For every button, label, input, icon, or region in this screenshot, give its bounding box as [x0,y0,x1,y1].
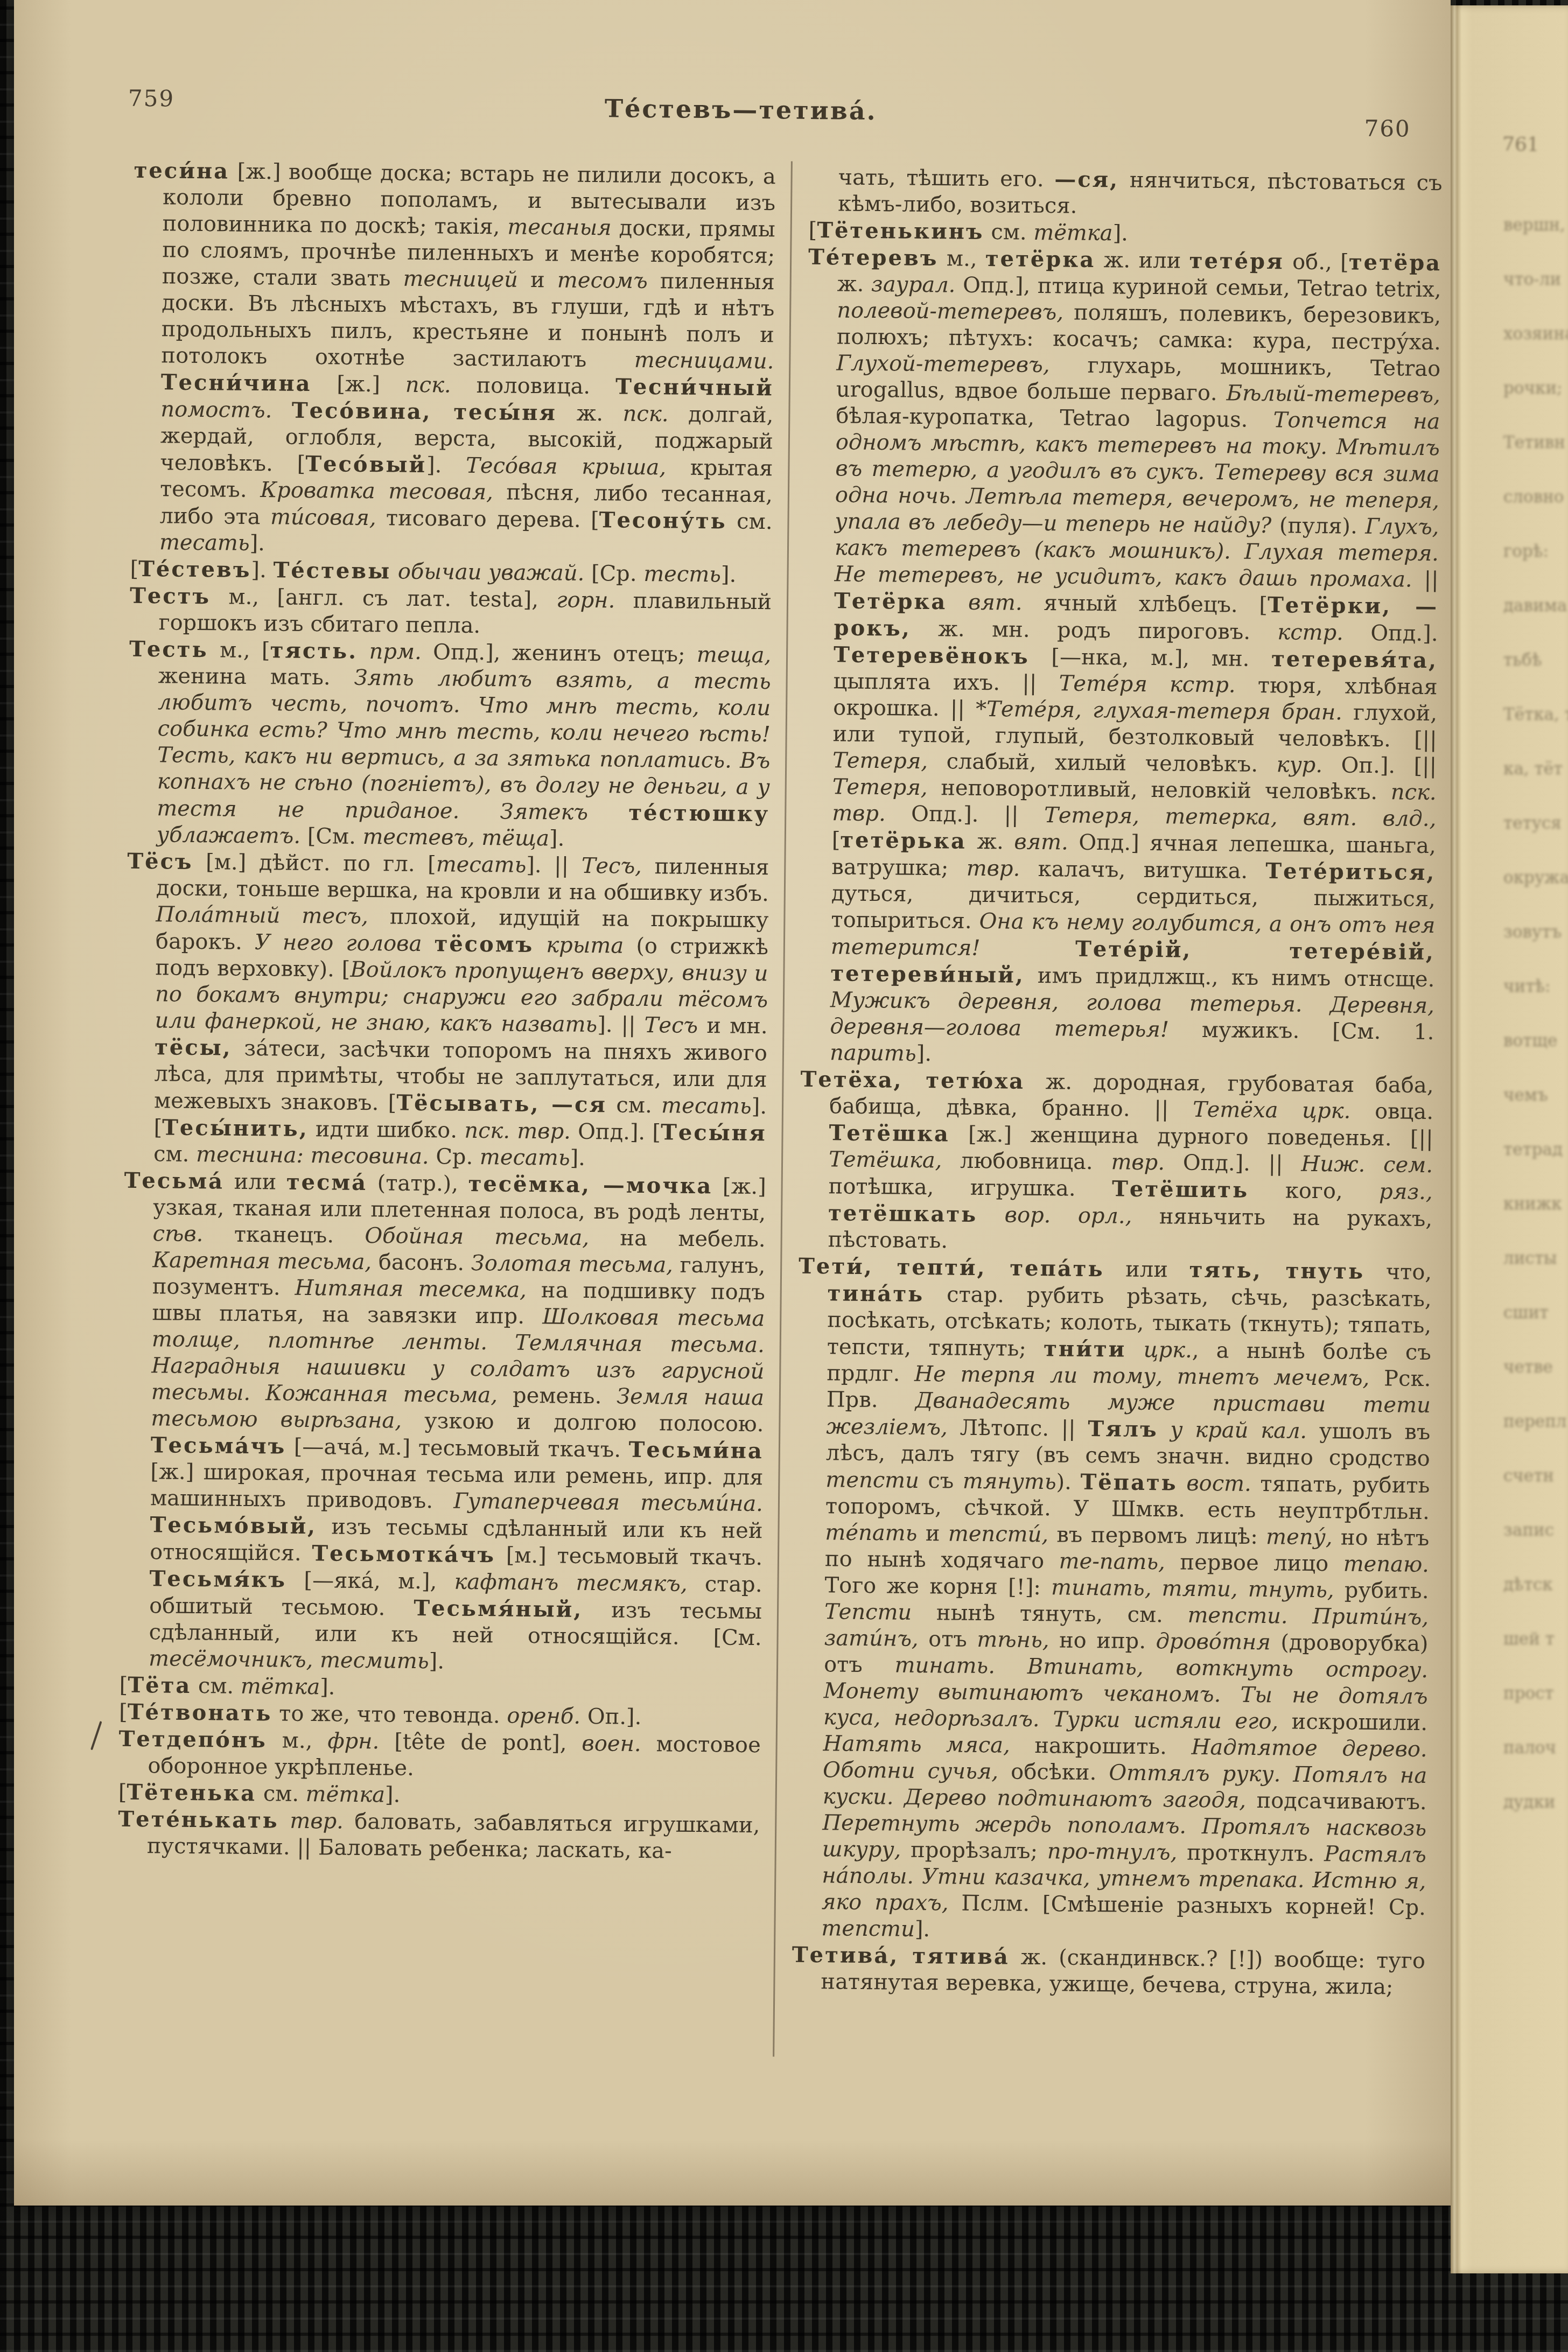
text-segment: въ первомъ лицѣ: [1048,1522,1266,1549]
text-segment: Тетёшка [829,1120,950,1146]
text-segment: ]. [429,1649,444,1674]
text-segment: ). [1056,1469,1080,1494]
text-segment: см. [191,1674,241,1699]
blurred-text-fragment: словно [1503,470,1568,524]
text-segment: Глухой-тетеревъ, [836,351,1050,377]
text-segment: кал. [1261,1418,1307,1444]
text-segment: рубить. [1334,1578,1429,1604]
text-segment: Не терпя ли тому, тнетъ мечемъ, [914,1362,1370,1391]
text-segment: тёсы, [155,1034,232,1060]
text-segment: те́пать [825,1520,917,1546]
text-segment: [tête de pont], [379,1729,582,1756]
text-segment: но ипр. [1049,1628,1156,1654]
text-segment: парить [830,1040,916,1066]
text-segment: тетёрка [985,246,1096,272]
text-segment: слабый, хилый человѣкъ. [928,749,1277,777]
text-segment [980,936,1075,962]
blurred-text-fragment: сшит [1503,1286,1568,1340]
text-segment: [ [808,218,817,243]
text-segment: тётка [306,1782,386,1807]
text-segment: тётка [241,1674,320,1699]
text-segment: тепсти [825,1467,919,1493]
text-segment: ]. [915,1917,930,1942]
text-segment: тесёмка, —мочка [468,1171,712,1199]
next-page-number: 761 [1502,133,1539,156]
text-segment: Тетёшка, [829,1147,942,1173]
blurred-text-fragment: что-ли [1503,253,1568,307]
text-segment: Тете́ря, глухая-тетеря [986,697,1271,724]
text-segment: [ж.] [311,372,405,397]
text-segment: тепу́, [1266,1524,1333,1550]
text-segment: кафтанъ тесмякъ, [454,1570,687,1597]
text-segment: м., [938,246,985,271]
text-segment: овца. [1350,1099,1433,1124]
text-segment: обсѣки. [998,1759,1109,1785]
text-segment: Опд.]. [ [571,1119,661,1145]
text-segment: тепсти́, [948,1521,1049,1547]
text-segment: крыта [534,933,624,958]
blurred-text-fragment: прост [1503,1667,1568,1721]
text-segment: твр. [967,856,1020,881]
text-segment: Тесьмя́къ [149,1566,286,1592]
text-segment: ]. [320,1675,335,1699]
blurred-text-fragment: горѣ: [1503,524,1568,579]
text-segment [1126,1338,1144,1362]
text-segment: Опд.]. || [886,801,1045,828]
text-segment: имъ придлжщ., къ нимъ отнсще. [1025,963,1435,992]
text-segment: см. [607,1093,662,1118]
text-segment: вост. [1186,1471,1251,1496]
text-segment: Тетеревёнокъ [834,642,1030,669]
text-segment: любовница. [942,1148,1111,1174]
text-segment: Оп.]. [580,1704,642,1730]
text-segment [1248,1418,1261,1443]
text-segment: Натять мяса, [823,1731,1010,1758]
text-segment: Тете́нькать [118,1807,279,1833]
text-segment: фрн. [327,1728,379,1754]
text-segment: Тесы́ня [661,1119,767,1146]
text-segment: вор. орл., [1005,1202,1132,1228]
text-segment: Тетдепо́нъ [119,1726,267,1753]
text-segment: Тёсывать, —ся [396,1090,607,1118]
text-segment: ряз., [1379,1179,1433,1205]
text-segment: чать, тѣшить его. [838,165,1054,192]
text-segment: тетёрька [840,827,967,853]
text-segment: м., [ [208,638,270,663]
text-segment: тесаныя [507,215,612,241]
blurred-text-fragment: чемъ [1503,1068,1568,1123]
text-segment: [ж.] женщина дурного поведенья. [|| [950,1122,1433,1151]
text-segment: Те́стевы [273,557,391,584]
text-segment: тина́ть [828,1280,925,1307]
text-segment: тинать, тяти, тнуть, [1051,1575,1334,1602]
text-segment: искрошили. [1278,1709,1427,1735]
dictionary-entry: Тестъ м., [англ. съ лат. testa], горн. п… [129,583,772,642]
scanned-book-photo: { "page": { "left_number": "759", "right… [0,0,1568,2352]
text-segment: обычаи уважай. [391,559,585,585]
text-segment: Тётенькинъ [817,218,984,244]
text-segment [1277,805,1303,830]
text-segment: вят. [1014,830,1068,855]
dictionary-entry: Тетдепо́нъ м., фрн. [tête de pont], воен… [118,1726,761,1785]
text-segment: кого, [1249,1178,1380,1204]
text-segment: [ [118,1780,127,1805]
text-segment: Тесни́чина [161,369,312,396]
text-segment [279,1809,290,1833]
text-segment: воен. [582,1731,641,1756]
text-segment: (татр.), [367,1171,468,1196]
text-segment: Кроватка тесовая, [260,478,493,505]
page-number-right: 760 [1364,115,1411,142]
text-segment: вят. [968,590,1023,615]
text-segment: Тесо́вая крыша, [466,453,666,480]
text-segment: сѣв. [153,1221,204,1247]
blurred-text-fragment: хозяина, [1503,307,1568,361]
text-segment: ]. || [526,853,582,878]
edge-text-fragments: вершн,что-лихозяина,рочки;Тетивнсловного… [1503,198,1568,1830]
text-segment: ]. [251,558,273,583]
text-segment: Тете́риться, [1265,858,1436,885]
text-segment: [м.] тесьмовый ткачъ. [495,1543,762,1570]
text-segment: [См. [300,824,363,849]
text-segment: Тетёшить [1112,1176,1249,1202]
text-segment [947,590,968,614]
text-segment: ти́совая, [270,505,376,530]
text-segment: тепсти [821,1916,915,1942]
text-segment: тетёшкать [828,1200,978,1227]
text-segment: [ [832,828,841,852]
text-segment: Пола́тный тесъ, [156,902,368,929]
text-segment: Тесону́ть [599,507,727,534]
text-segment: Бѣлый-тетеревъ, [1226,381,1440,408]
text-segment: Тесъ, [582,853,642,879]
text-segment: см. [727,509,773,534]
dictionary-entry: Тесть м., [тясть. прм. Опд.], женинъ оте… [128,636,772,854]
text-segment: Тесьма́ [124,1168,224,1194]
text-segment: ]. [385,1782,401,1807]
text-segment: см. [153,1142,196,1167]
text-segment: тянуть [963,1469,1056,1495]
text-segment: Ср. [429,1144,480,1170]
text-segment: пск. твр. [464,1118,571,1144]
text-segment: тни́ти [1044,1336,1126,1362]
text-segment: пск. [622,402,668,427]
text-segment: идти шибко. [308,1117,464,1143]
blurred-text-fragment: ка, тёт [1503,742,1568,796]
column-divider-rule [773,162,793,2057]
text-segment: Тёсъ [127,849,193,874]
text-segment: [ [119,1700,128,1725]
text-segment: тестевъ, тёща [362,824,549,851]
text-segment: Тетеря, [832,774,928,800]
text-segment: ж. или [1095,248,1189,274]
text-segment: Оп.]. [|| [1322,753,1437,779]
text-segment: м., [267,1728,328,1753]
text-segment: Тетива́, тятива́ [792,1942,1010,1970]
text-segment: Ниж. сем. [1301,1152,1433,1178]
text-segment: тканецъ. [203,1222,365,1248]
text-segment: тесомъ [557,268,648,293]
text-segment: Опд.], женинъ отецъ; [422,640,697,667]
text-segment: црк. [1143,1338,1192,1363]
text-segment: половица. [451,373,615,400]
text-segment: Тетеря, тетерка, [1044,803,1278,830]
text-segment [1147,672,1170,697]
text-segment: [ [119,1673,128,1698]
text-segment [272,398,292,423]
text-segment: на мебель. [589,1226,766,1252]
text-segment: и [917,1521,948,1546]
blurred-text-fragment: тетуся [1503,796,1568,851]
text-segment: Тесьма́чъ [151,1432,286,1459]
text-segment: Тетёха, тетю́ха [800,1067,1025,1094]
text-segment [1178,1471,1187,1496]
text-segment: м., [англ. съ лат. testa], [211,584,557,612]
text-segment: что, [1364,1259,1432,1285]
text-segment: ]. [721,562,737,587]
text-segment: [—ача́, м.] тесьмовый ткачъ. [286,1434,629,1462]
text-segment: Тялъ [1088,1416,1158,1442]
text-segment: женина мать. [158,663,354,690]
text-segment: про-тнулъ, [1047,1839,1178,1865]
text-segment: ж. [557,401,623,426]
blurred-text-fragment: рочки; [1503,361,1568,416]
text-segment: об., [ [1284,249,1349,275]
text-segment: Опд.], птица куриной семьи, Tetrao tetri… [955,272,1441,302]
text-segment: Тёпать [1080,1469,1178,1496]
text-segment: —ся, [1054,166,1119,192]
text-segment: Тесьмо́вый, [150,1512,317,1539]
text-segment: горн. [556,587,615,613]
text-segment: Опд.]. || [1165,1150,1301,1176]
text-segment: || [1412,568,1438,592]
blurred-text-fragment: вотще [1503,1014,1568,1068]
text-segment: те-пать, [1059,1549,1165,1574]
next-page-fore-edge: 761 вершн,что-лихозяина,рочки;Тетивнслов… [1451,5,1568,2273]
blurred-text-fragment: зовутъ [1503,905,1568,960]
text-segment: (пуля). [1271,513,1365,539]
text-segment: кстр. [1277,620,1343,645]
blurred-text-fragment: листы [1503,1231,1568,1286]
text-segment: ж. [837,271,872,297]
blurred-text-fragment: Тетивн [1503,416,1568,470]
text-segment: Тестъ [130,583,211,609]
text-segment: съ [919,1468,963,1494]
text-segment: Каретная тесьма, [152,1248,372,1275]
dictionary-entry: Тети́, тепти́, тепа́ть или тять, тнуть ч… [792,1253,1432,1948]
text-segment: ]. [1112,221,1128,246]
text-segment: Тети́, тепти́, тепа́ть [799,1254,1104,1282]
text-segment: тепаю. [1343,1552,1430,1578]
text-segment: тесма́ [286,1170,368,1195]
dictionary-entry: Тесьма́ или тесма́ (татр.), тесёмка, —мо… [120,1167,766,1678]
text-segment: ]. [426,453,466,478]
text-segment: ]. [549,826,565,851]
blurred-text-fragment: дѣтск [1503,1558,1568,1612]
dictionary-page-scan: 759 Те́стевъ—тетива́. 760 теси́на [ж.] в… [14,0,1451,2206]
blurred-text-fragment: тьбѣ [1503,633,1568,688]
text-segment: помостъ. [160,397,272,423]
text-segment: Нитяная тесемка, [295,1276,527,1303]
text-segment: ремень. [498,1383,617,1409]
text-segment: подсачиваютъ. [1246,1788,1427,1815]
blurred-text-fragment: запис [1503,1503,1568,1558]
text-segment: Те́твонать [128,1699,272,1726]
text-segment: [—нка, м.], мн. [1030,645,1272,671]
text-segment: Тесо́вый [305,451,426,478]
text-segment: [—яка́, м.], [286,1568,454,1594]
text-segment: тётка [1033,220,1113,246]
text-segment: Тетеря, [832,748,928,774]
blurred-text-fragment: вершн, [1503,198,1568,253]
text-segment: Обойная тесьма, [365,1223,589,1250]
text-segment [358,639,369,664]
dictionary-entry: Тетива́, тятива́ ж. (скандинвск.? [!]) в… [792,1942,1425,2001]
text-segment: Тесъ [645,1013,698,1038]
text-segment: Тете́ря [1059,671,1147,697]
text-segment: тисоваго дерева. [ [376,506,599,533]
text-segment: кстр. [1170,672,1236,697]
text-segment: прорѣзалъ; [901,1838,1047,1864]
text-segment: ]. [249,531,265,556]
text-segment: то же, что тевонда. [272,1701,507,1728]
blurred-text-fragment: читѣ: [1503,960,1568,1014]
text-segment: неповоротливый, неловкій человѣкъ. [927,775,1391,804]
text-segment: у край [1158,1417,1248,1443]
text-segment: Тёта [128,1672,191,1698]
text-segment: или [224,1170,286,1195]
text-segment: вят. влд., [1303,806,1437,831]
blurred-text-fragment: давима [1503,579,1568,633]
text-segment [977,1202,1005,1227]
text-segment: ]. || [597,1012,645,1038]
text-segment: узкою и долгою полосою. [402,1409,764,1437]
text-segment: ]. [570,1146,585,1171]
dictionary-entry: Тетёха, тетю́ха ж. дородная, грубоватая … [799,1066,1433,1259]
page-number-left: 759 [128,85,175,112]
text-segment: тесать [661,1093,752,1119]
text-segment: [м.] дѣйст. по гл. [ [193,850,436,877]
text-segment: Те́теревъ [808,244,939,271]
text-segment: накрошить. [1010,1733,1192,1760]
text-segment: ублажаетъ. [157,822,301,849]
text-segment: тесницами. [634,348,774,374]
text-segment: ж. [967,829,1014,855]
text-segment: тете́ря [1189,248,1284,275]
text-segment: Того же корня [!]: [824,1573,1051,1600]
text-segment: цыплята ихъ. || [833,669,1059,696]
text-segment: Тётенька [127,1780,256,1806]
text-segment: оренб. [507,1704,580,1729]
text-segment: и [518,268,557,293]
text-segment: теща, [697,642,772,668]
text-segment: калачъ, витушка. [1020,857,1266,884]
text-segment: Золотая тесьма, [471,1251,673,1278]
text-segment: кур. [1276,752,1322,778]
text-segment: ячный хлѣбецъ. [ [1022,591,1268,618]
text-segment: тесать [436,852,527,878]
text-segment: пск. [405,373,451,398]
text-segment: теснина: тесовина. [196,1142,429,1169]
text-segment: бран. [1282,699,1342,725]
blurred-text-fragment: палоч [1503,1721,1568,1775]
text-segment: Тесы́нить, [162,1115,309,1142]
page-title: Те́стевъ—тетива́. [391,92,1091,127]
blurred-text-fragment: шей т [1503,1612,1568,1667]
text-segment: первое лицо [1165,1550,1343,1576]
page-content: 759 Те́стевъ—тетива́. 760 теси́на [ж.] в… [0,0,1452,2218]
blurred-text-fragment: счетн [1503,1449,1568,1503]
text-segment: Тетёрка [834,588,947,614]
text-segment: потѣшка, игрушка. [828,1174,1112,1201]
text-segment: отъ [918,1627,977,1652]
dictionary-entry: чать, тѣшить его. —ся, нянчиться, пѣстов… [809,164,1443,223]
text-segment: Пслм. [Смѣшеніе разныхъ корней! Ср. [948,1891,1426,1921]
text-segment: см. [256,1781,306,1807]
text-segment: ж. мн. родъ пироговъ. [911,617,1278,645]
text-segment: Те́стевъ [138,556,251,583]
text-segment: црк. [1302,1098,1351,1124]
text-column-left: теси́на [ж.] вообще доска; встарь не пил… [118,157,776,1865]
text-segment: дрово́тня [1156,1629,1271,1655]
text-segment: тесть [643,562,721,587]
blurred-text-fragment: четве [1503,1340,1568,1395]
text-segment: [Ср. [584,561,643,586]
text-segment: Тесьмотка́чъ [312,1541,495,1567]
text-segment: У него голова [255,930,435,956]
text-segment: бѣлая-куропатка, Tetrao lagopus. [836,403,1273,432]
blurred-text-fragment: окружа [1503,851,1568,905]
dictionary-entry: теси́на [ж.] вообще доска; встарь не пил… [130,157,776,562]
text-segment: см. [984,220,1033,245]
text-segment: тетёра [1349,250,1442,276]
text-segment [1278,1098,1302,1123]
text-segment: теси́на [134,158,229,184]
dictionary-entry: Тете́нькать твр. баловать, забавляться и… [118,1806,760,1865]
text-segment: Тесо́вина, тесы́ня [292,398,557,426]
text-segment: тесать [480,1145,570,1171]
text-segment: Тесьмя́ный, [414,1595,583,1622]
text-segment: Гутаперчевая тесьми́на. [453,1489,763,1517]
dictionary-entry: Тёсъ [м.] дѣйст. по гл. [тесать]. || Тес… [124,848,769,1173]
text-segment: тесать [159,530,250,556]
text-segment: или [1104,1257,1189,1283]
text-segment: ]. [916,1041,932,1066]
dictionary-entry: Те́теревъ м., тетёрка ж. или тете́ря об.… [801,244,1442,1072]
text-segment: Тепсти [824,1599,912,1625]
text-segment: полевой-тетеревъ, [837,298,1063,325]
text-segment: нынѣ тянуть, см. [912,1600,1188,1628]
text-segment: тесёмочникъ, тесмить [149,1646,429,1674]
blurred-text-fragment: Тётка, тёт [1503,688,1568,742]
text-segment: басонъ. [372,1250,471,1276]
blurred-text-fragment: тетрад [1503,1123,1568,1177]
text-segment: Тесни́чный [615,374,774,401]
text-segment: Опд.]. [1343,620,1438,646]
text-segment: тять, тнуть [1189,1257,1364,1284]
text-segment: тясть. [270,638,358,664]
text-segment: тѣнь, [977,1627,1049,1653]
text-column-right: чать, тѣшить его. —ся, нянчиться, пѣстов… [792,164,1443,2001]
text-segment [1271,699,1282,724]
text-segment: твр. [1111,1150,1165,1175]
text-segment: Тесьми́на [628,1437,764,1464]
blurred-text-fragment: книжк [1503,1177,1568,1231]
text-segment: мужикъ. [См. 1. [1169,1017,1434,1045]
text-segment: те́стюшку [628,800,769,827]
text-segment: Тетёха [1193,1097,1278,1123]
text-segment: тетеревя́та, [1271,646,1438,673]
